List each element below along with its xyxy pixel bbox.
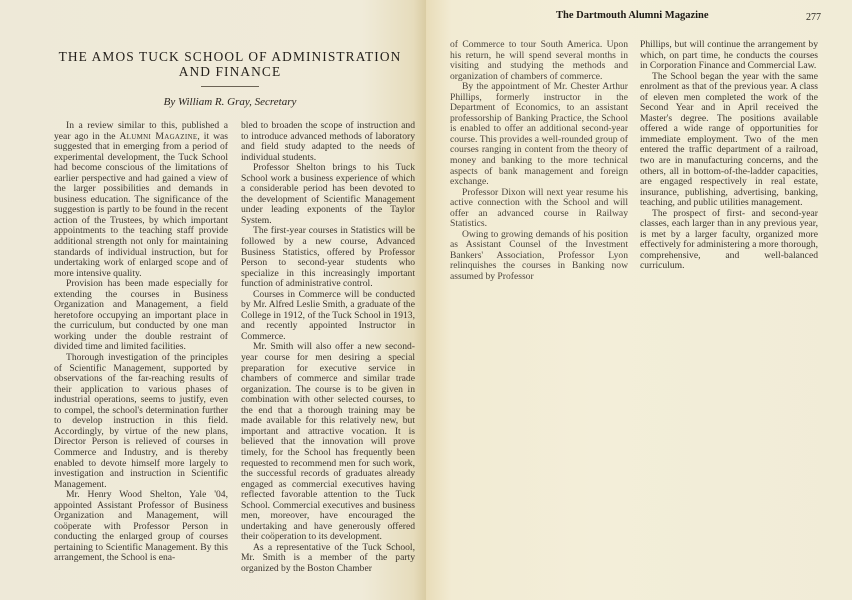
paragraph: Provision has been made especially for e…: [54, 279, 228, 353]
page-number: 277: [806, 12, 821, 23]
byline: By William R. Gray, Secretary: [40, 96, 420, 108]
title-line-1: THE AMOS TUCK SCHOOL OF ADMINISTRATION: [40, 49, 420, 64]
paragraph: The prospect of first- and second-year c…: [640, 209, 818, 272]
paragraph: Courses in Commerce will be conducted by…: [241, 290, 415, 343]
paragraph: As a representative of the Tuck School, …: [241, 543, 415, 575]
paragraph: Owing to growing demands of his position…: [450, 230, 628, 283]
paragraph: bled to broaden the scope of instruction…: [241, 121, 415, 163]
paragraph: Thorough investigation of the principles…: [54, 353, 228, 490]
paragraph: of Commerce to tour South America. Upon …: [450, 40, 628, 82]
paragraph: The School began the year with the same …: [640, 72, 818, 209]
title-line-2: AND FINANCE: [40, 64, 420, 79]
paragraph: The first-year courses in Statistics wil…: [241, 226, 415, 289]
paragraph: Professor Dixon will next year resume hi…: [450, 188, 628, 230]
running-head: The Dartmouth Alumni Magazine: [556, 10, 709, 21]
title-divider: [201, 86, 259, 87]
paragraph: Professor Shelton brings to his Tuck Sch…: [241, 163, 415, 226]
paragraph: Mr. Smith will also offer a new second-y…: [241, 342, 415, 542]
article-title: THE AMOS TUCK SCHOOL OF ADMINISTRATION A…: [40, 49, 420, 79]
column-1: In a review similar to this, published a…: [54, 121, 228, 564]
column-3: of Commerce to tour South America. Upon …: [450, 40, 628, 283]
paragraph: Phillips, but will continue the arrangem…: [640, 40, 818, 72]
paragraph: Mr. Henry Wood Shelton, Yale '04, appoin…: [54, 490, 228, 564]
column-2: bled to broaden the scope of instruction…: [241, 121, 415, 575]
paragraph: In a review similar to this, published a…: [54, 121, 228, 279]
left-page: THE AMOS TUCK SCHOOL OF ADMINISTRATION A…: [0, 0, 426, 600]
column-4: Phillips, but will continue the arrangem…: [640, 40, 818, 272]
paragraph: By the appointment of Mr. Chester Arthur…: [450, 82, 628, 187]
